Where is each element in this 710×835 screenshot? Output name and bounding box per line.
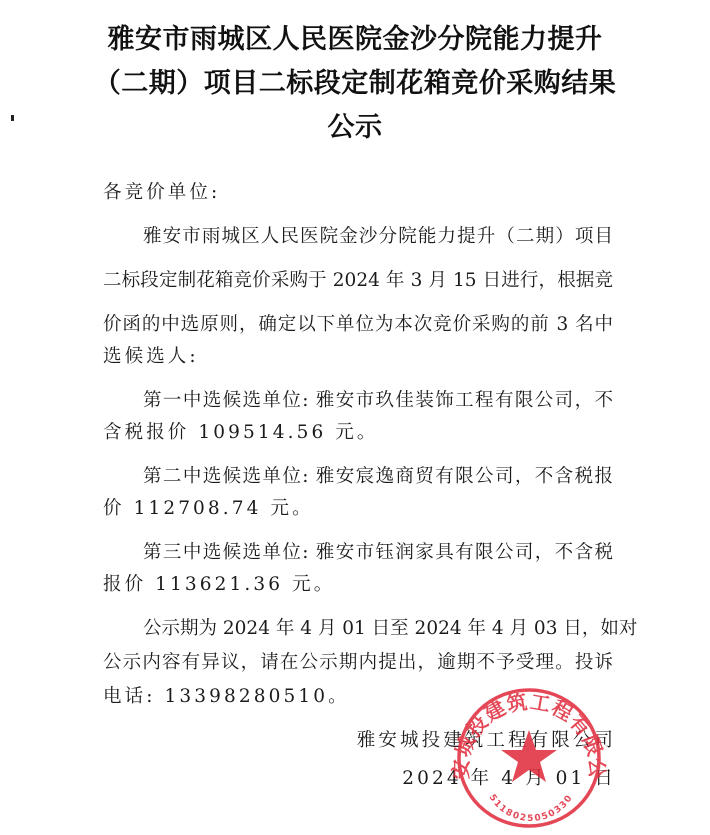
title-line-2: （二期）项目二标段定制花箱竞价采购结果 xyxy=(0,61,710,100)
candidate-1-line: 第一中选候选单位: 雅安市玖佳装饰工程有限公司，不 xyxy=(143,386,613,412)
document-page: 雅安市雨城区人民医院金沙分院能力提升 （二期）项目二标段定制花箱竞价采购结果 公… xyxy=(0,0,710,835)
publicity-period-line: 公示期为 2024 年 4 月 01 日至 2024 年 4 月 03 日，如对 xyxy=(143,614,613,640)
salutation: 各竞价单位: xyxy=(103,178,613,204)
seal-star-icon xyxy=(501,730,557,782)
body-line: 价函的中选原则，确定以下单位为本次竞价采购的前 3 名中 xyxy=(103,310,613,336)
candidate-3-line: 第三中选候选单位: 雅安市钰润家具有限公司，不含税 xyxy=(143,538,613,564)
title-line-3: 公示 xyxy=(0,105,710,144)
candidate-2-line: 第二中选候选单位: 雅安宸逸商贸有限公司，不含税报 xyxy=(143,462,613,488)
objection-line: 公示内容有异议，请在公示期内提出，逾期不予受理。投诉 xyxy=(103,648,613,674)
candidate-2-price: 价 112708.74 元。 xyxy=(103,494,613,520)
company-seal-stamp: 雅安城投建筑工程有限公司 5118025050330 xyxy=(448,680,610,835)
body-line: 选候选人: xyxy=(103,342,613,368)
body-line: 二标段定制花箱竞价采购于 2024 年 3 月 15 日进行，根据竞 xyxy=(103,266,613,292)
candidate-1-price: 含税报价 109514.56 元。 xyxy=(103,418,613,444)
title-line-1: 雅安市雨城区人民医院金沙分院能力提升 xyxy=(0,17,710,56)
body-line: 雅安市雨城区人民医院金沙分院能力提升（二期）项目 xyxy=(143,222,613,248)
candidate-3-price: 报价 113621.36 元。 xyxy=(103,570,613,596)
